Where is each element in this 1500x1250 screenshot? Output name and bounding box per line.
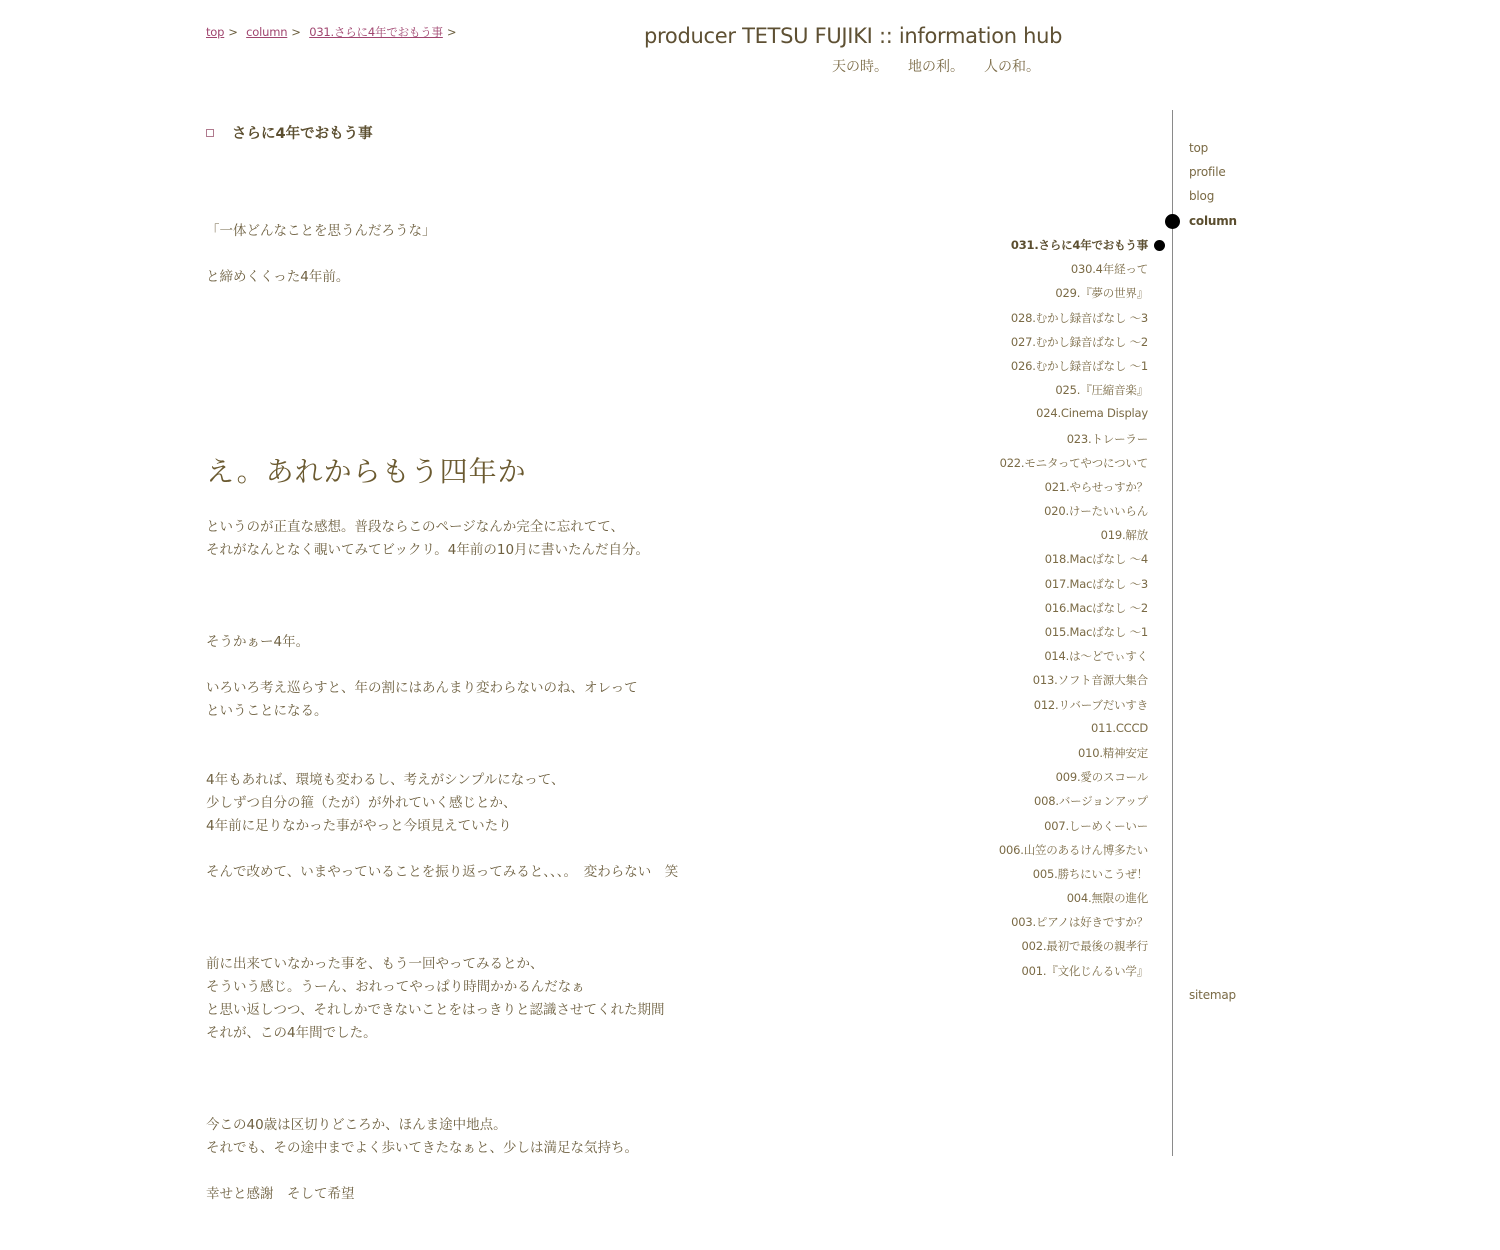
site-title: producer TETSU FUJIKI :: information hub [644, 24, 1062, 48]
article-title: さらに4年でおもう事 [206, 122, 373, 143]
nav-item-profile[interactable]: profile [1189, 165, 1237, 189]
article-highlight-heading: え。あれからもう四年か [206, 450, 527, 490]
column-item[interactable]: 021.やらせっすか？ [999, 479, 1148, 503]
article-paragraph: というのが正直な感想。普段ならこのページなんか完全に忘れてて、 それがなんとなく… [206, 516, 649, 562]
square-bullet-icon [206, 129, 214, 137]
column-item[interactable]: 014.は～どでぃすく [999, 648, 1148, 672]
nav-item-top[interactable]: top [1189, 141, 1237, 165]
column-item[interactable]: 007.しーめくーいー [999, 818, 1148, 842]
column-item[interactable]: 017.Macばなし ～3 [999, 576, 1148, 600]
breadcrumb-column-link[interactable]: column [246, 25, 287, 39]
nav-item-blog[interactable]: blog [1189, 189, 1237, 213]
column-item[interactable]: 005.勝ちにいこうぜ！ [999, 866, 1148, 890]
active-section-dot-icon [1165, 214, 1180, 229]
column-item[interactable]: 022.モニタってやつについて [999, 455, 1148, 479]
article-paragraph: 4年もあれば、環境も変わるし、考えがシンプルになって、 少しずつ自分の箍（たが）… [206, 769, 678, 884]
sitemap-link[interactable]: sitemap [1189, 988, 1236, 1002]
column-item[interactable]: 016.Macばなし ～2 [999, 600, 1148, 624]
tagline-part: 天の時。 [832, 59, 888, 75]
column-item[interactable]: 023.トレーラー [999, 431, 1148, 455]
column-item[interactable]: 009.愛のスコール [999, 769, 1148, 793]
column-item[interactable]: 004.無限の進化 [999, 890, 1148, 914]
nav-divider-line [1172, 110, 1173, 1156]
column-item[interactable]: 027.むかし録音ばなし ～2 [999, 334, 1148, 358]
article-paragraph: そうかぁー4年。 いろいろ考え巡らすと、年の割にはあんまり変わらないのね、オレっ… [206, 631, 638, 723]
column-item[interactable]: 006.山笠のあるけん博多たい [999, 842, 1148, 866]
column-item[interactable]: 024.Cinema Display [999, 406, 1148, 430]
column-item[interactable]: 020.けーたいいらん [999, 503, 1148, 527]
column-item[interactable]: 012.リバーブだいすき [999, 697, 1148, 721]
article-paragraph: 「一体どんなことを思うんだろうな」 と締めくくった4年前。 [206, 220, 436, 289]
active-column-dot-icon [1154, 240, 1165, 251]
column-item[interactable]: 013.ソフト音源大集合 [999, 672, 1148, 696]
column-item[interactable]: 025.『圧縮音楽』 [999, 382, 1148, 406]
breadcrumb-separator: > [447, 25, 456, 39]
column-item[interactable]: 028.むかし録音ばなし ～3 [999, 310, 1148, 334]
breadcrumb: top> column> 031.さらに4年でおもう事> [206, 24, 461, 40]
column-item[interactable]: 011.CCCD [999, 721, 1148, 745]
tagline-part: 地の利。 [908, 59, 964, 75]
column-item[interactable]: 001.『文化じんるい学』 [999, 963, 1148, 987]
breadcrumb-separator: > [291, 25, 300, 39]
column-item[interactable]: 010.精神安定 [999, 745, 1148, 769]
column-list: 031.さらに4年でおもう事 030.4年経って 029.『夢の世界』 028.… [999, 237, 1148, 987]
column-item[interactable]: 030.4年経って [999, 261, 1148, 285]
column-item[interactable]: 003.ピアノは好きですか？ [999, 914, 1148, 938]
main-nav: top profile blog column [1189, 141, 1237, 238]
column-item[interactable]: 002.最初で最後の親孝行 [999, 938, 1148, 962]
article-paragraph: 今この40歳は区切りどころか、ほんま途中地点。 それでも、その途中までよく歩いて… [206, 1114, 638, 1206]
column-item[interactable]: 008.バージョンアップ [999, 793, 1148, 817]
tagline: 天の時。地の利。人の和。 [832, 56, 1060, 76]
tagline-part: 人の和。 [984, 59, 1040, 75]
nav-item-column[interactable]: column [1189, 214, 1237, 238]
article-paragraph: 前に出来ていなかった事を、もう一回やってみるとか、 そういう感じ。うーん、おれっ… [206, 953, 664, 1045]
column-item[interactable]: 015.Macばなし ～1 [999, 624, 1148, 648]
column-item[interactable]: 018.Macばなし ～4 [999, 551, 1148, 575]
column-item-031[interactable]: 031.さらに4年でおもう事 [999, 237, 1148, 261]
column-item[interactable]: 026.むかし録音ばなし ～1 [999, 358, 1148, 382]
breadcrumb-top-link[interactable]: top [206, 25, 224, 39]
breadcrumb-separator: > [228, 25, 237, 39]
column-item[interactable]: 019.解放 [999, 527, 1148, 551]
breadcrumb-article-link[interactable]: 031.さらに4年でおもう事 [309, 25, 443, 39]
article-title-text: さらに4年でおもう事 [232, 122, 373, 143]
column-item[interactable]: 029.『夢の世界』 [999, 285, 1148, 309]
